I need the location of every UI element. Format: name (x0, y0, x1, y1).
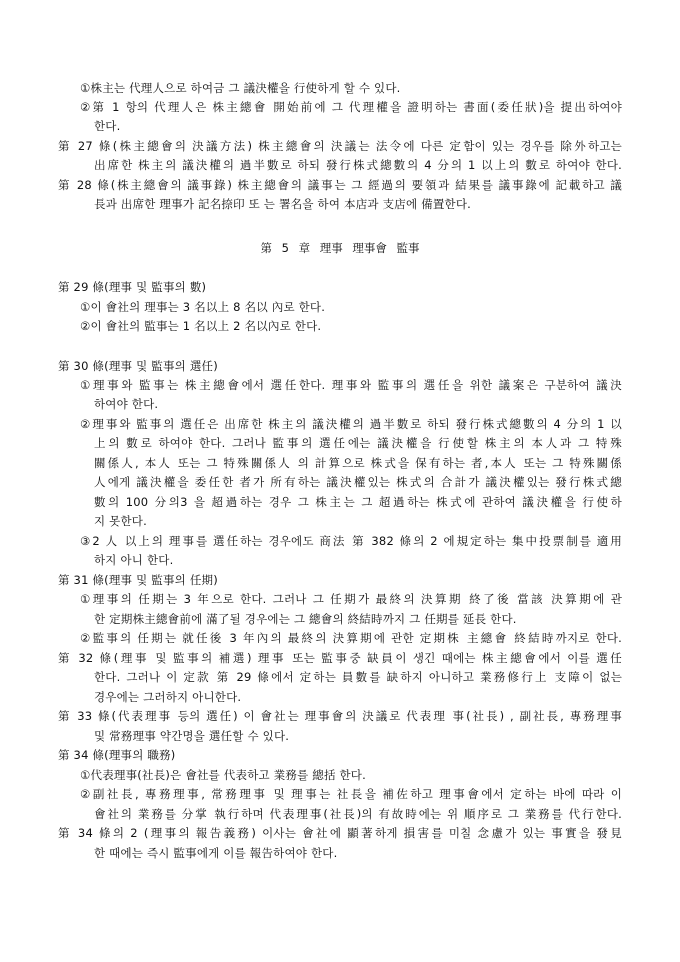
article-heading-line: 第 32 條(理事 및 監事의 補選) 理事 또는 監事중 缺員이 생긴 때에는… (58, 650, 622, 666)
continuation-line: 人에게 議決權을 委任한 者가 所有하는 議決權있는 株式의 合計가 議決權있는… (94, 474, 622, 490)
clause-line: ①株主는 代理人으로 하여금 그 議決權을 行使하게 할 수 있다. (80, 80, 622, 96)
article-heading-line: 第 29 條(理事 및 監事의 數) (58, 279, 622, 295)
article-heading-line: 第 33 條(代表理事 등의 選任) 이 會社는 理事會의 決議로 代表理 事(… (58, 708, 622, 724)
article-heading-line: 第 34 條의 2 (理事의 報告義務) 이사는 會社에 顯著하게 損害를 미칠… (58, 825, 622, 841)
clause-line: ②理事와 監事의 選任은 出席한 株主의 議決權의 過半數로 하되 發行株式總數… (80, 416, 622, 432)
clause-line: ①代表理事(社長)은 會社를 代表하고 業務를 總括 한다. (80, 767, 622, 783)
document-page: 第 5 章 理事 理事會 監事 ①株主는 代理人으로 하여금 그 議決權을 行使… (0, 0, 680, 962)
clause-line: ②第 1 항의 代理人은 株主總會 開始前에 그 代理權을 證明하는 書面(委任… (80, 99, 622, 115)
continuation-line: 한 定期株主總會前에 滿了될 경우에는 그 總會의 終結時까지 그 任期를 延長… (94, 611, 622, 627)
continuation-line: 한다. (94, 118, 622, 134)
clause-line: ②이 會社의 監事는 1 名以上 2 名以內로 한다. (80, 318, 622, 334)
continuation-line: 및 常務理事 약간명을 選任할 수 있다. (94, 728, 622, 744)
continuation-line: 하지 아니 한다. (94, 552, 622, 568)
continuation-line: 하여야 한다. (94, 396, 622, 412)
continuation-line: 長과 出席한 理事가 記名捺印 또 는 署名을 하여 本店과 支店에 備置한다. (94, 196, 622, 212)
continuation-line: 上의 數로 하여야 한다. 그러나 監事의 選任에는 議決權을 行使할 株主의 … (94, 435, 622, 451)
clause-line: ①이 會社의 理事는 3 名以上 8 名以 內로 한다. (80, 299, 622, 315)
continuation-line: 會社의 業務를 分掌 執行하며 代表理事(社長)의 有故時에는 위 順序로 그 … (94, 806, 622, 822)
continuation-line: 경우에는 그러하지 아니한다. (94, 689, 622, 705)
article-heading-line: 第 27 條(株主總會의 決議方法) 株主總會의 決議는 法令에 다른 定함이 … (58, 138, 622, 154)
clause-line: ①理事의 任期는 3 年으로 한다. 그러나 그 任期가 最終의 決算期 終了後… (80, 591, 622, 607)
continuation-line: 지 못한다. (94, 513, 622, 529)
continuation-line: 關係人, 本人 또는 그 特殊關係人 의 計算으로 株式을 保有하는 者,本人 … (94, 455, 622, 471)
chapter-heading: 第 5 章 理事 理事會 監事 (0, 240, 680, 256)
clause-line: ①理事와 監事는 株主總會에서 選任한다. 理事와 監事의 選任을 위한 議案은… (80, 377, 622, 393)
continuation-line: 한다. 그러나 이 定款 第 29 條에서 定하는 員數를 缺하지 아니하고 業… (94, 669, 622, 685)
continuation-line: 出席한 株主의 議決權의 過半數로 하되 發行株式總數의 4 分의 1 以上의 … (94, 157, 622, 173)
continuation-line: 한 때에는 즉시 監事에게 이를 報告하여야 한다. (94, 845, 622, 861)
article-heading-line: 第 28 條(株主總會의 議事錄) 株主總會의 議事는 그 經過의 要領과 結果… (58, 177, 622, 193)
article-heading-line: 第 34 條(理事의 職務) (58, 747, 622, 763)
clause-line: ②監事의 任期는 就任後 3 年內의 最終의 決算期에 관한 定期株 主總會 終… (80, 630, 622, 646)
clause-line: ③2 人 以上의 理事를 選任하는 경우에도 商法 第 382 條의 2 에規定… (80, 533, 622, 549)
article-heading-line: 第 30 條(理事 및 監事의 選任) (58, 358, 622, 374)
clause-line: ②副社長, 專務理事, 常務理事 및 理事는 社長을 補佐하고 理事會에서 定하… (80, 786, 622, 802)
continuation-line: 數의 100 分의3 을 超過하는 경우 그 株主는 그 超過하는 株式에 관하… (94, 494, 622, 510)
article-heading-line: 第 31 條(理事 및 監事의 任期) (58, 572, 622, 588)
